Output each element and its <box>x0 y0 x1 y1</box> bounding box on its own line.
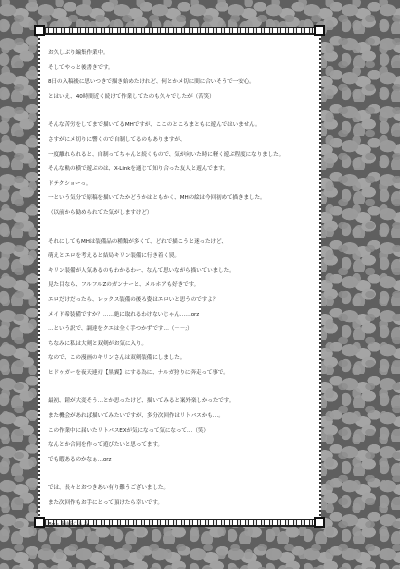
text-line: 8日の入稿後に思いつきで描き始めたけれど、何とかメ切に間に合いそうで一安心。 <box>48 79 313 85</box>
paragraph-3: それにしてもMHは装備品の種類が多くて、どれで描こうと迷ったけど、 萌えとエロを… <box>48 239 313 376</box>
text-line: （以前から勧められてた気がしますけど） <box>48 210 313 216</box>
text-line: 一という気分で原稿を描いてたかどうかはともかく、MHの絵は今回初めて描きました。 <box>48 195 313 201</box>
text-line: 見た目なら、フルフルZのガンナーと、メルホアも好きです。 <box>48 282 313 288</box>
paragraph-5: では、長々とおつきあい有り難うございました。 また次回作もお手にとって頂けたら幸… <box>48 485 313 506</box>
paragraph-1: お久しぶり編集作業中。 そしてやっと後書きです。 8日の入稿後に思いつきで描き始… <box>48 50 313 100</box>
text-line: なんとか合同を作って遊びたいと思ってます。 <box>48 442 313 448</box>
text-line: 一度離れられると、自制ってちゃんと続くもので、気が向いた時に軽く遊ぶ程度になりま… <box>48 152 313 158</box>
text-line: ヒドゥガーを夜天連刃【黒翼】にする為に、ナルガ狩りに奔走って事で。 <box>48 370 313 376</box>
text-line: そしてやっと後書きです。 <box>48 65 313 71</box>
text-line: では、長々とおつきあい有り難うございました。 <box>48 485 313 491</box>
paragraph-2: そんな苦労をしてまで描いてるMHですが、ここのところまともに遊んではいません。 … <box>48 122 313 216</box>
text-line: さすがにメ切りに響くので自制してるのもありますが、 <box>48 137 313 143</box>
top-border-rail <box>40 27 318 35</box>
text-line: キリン装備が人気あるのもわかるわー、なんて思いながら描いていました。 <box>48 268 313 274</box>
text-line: それにしてもMHは装備品の種類が多くて、どれで描こうと迷ったけど、 <box>48 239 313 245</box>
paragraph-gap <box>48 471 313 485</box>
paragraph-gap <box>48 384 313 398</box>
text-line: メイド希装備ですか？……絶に取れるわけないじゃん……orz <box>48 312 313 318</box>
text-line: そんな苦労をしてまで描いてるMHですが、ここのところまともに遊んではいません。 <box>48 122 313 128</box>
paragraph-gap <box>48 225 313 239</box>
text-line: ちなみに私は大剣と双剣がお気に入り。 <box>48 341 313 347</box>
paragraph-4: 最初、鎧が大変そう…とか思ったけど、描いてみると案外楽しかったです。 また機会が… <box>48 398 313 462</box>
text-line: また機会があれば描いてみたいですが、多分次回作はリトバスかも…。 <box>48 413 313 419</box>
text-line: 最初、鎧が大変そう…とか思ったけど、描いてみると案外楽しかったです。 <box>48 398 313 404</box>
text-line: でも暇あるのかなぁ…orz <box>48 457 313 463</box>
text-line: エロだけだったら、レックス装備の後ろ姿はエロいと思うのですよ？ <box>48 297 313 303</box>
text-line: とはいえ、40時間近く続けて作業してたのも久々でしたが（苦笑） <box>48 94 313 100</box>
text-line: …という訳で、調達をクエは全く手つかずです…（－－;） <box>48 326 313 332</box>
paragraph-gap <box>48 108 313 122</box>
corner-square-bottom-left <box>34 517 45 528</box>
corner-square-bottom-right <box>314 517 325 528</box>
text-line: また次回作もお手にとって頂けたら幸いです。 <box>48 500 313 506</box>
author-signature: By・藤崎くるみ <box>48 520 313 528</box>
afterword-text: お久しぶり編集作業中。 そしてやっと後書きです。 8日の入稿後に思いつきで描き始… <box>48 50 313 528</box>
corner-square-top-left <box>34 25 45 36</box>
text-line: お久しぶり編集作業中。 <box>48 50 313 56</box>
text-line: そんな軌の横で遊ぶのは、X-Linkを通じて知り合った友人と遊んでます。 <box>48 166 313 172</box>
text-line: 萌えとエロを考えると結局キリン装備に行き着く罠。 <box>48 253 313 259</box>
text-line: ドテクショーっ。 <box>48 181 313 187</box>
corner-square-top-right <box>314 25 325 36</box>
text-line: この作業中に届いたリトバスEXが気になって気になって…（笑） <box>48 428 313 434</box>
text-line: なので、この漫画のキリンさんは双剣装備にしました。 <box>48 355 313 361</box>
